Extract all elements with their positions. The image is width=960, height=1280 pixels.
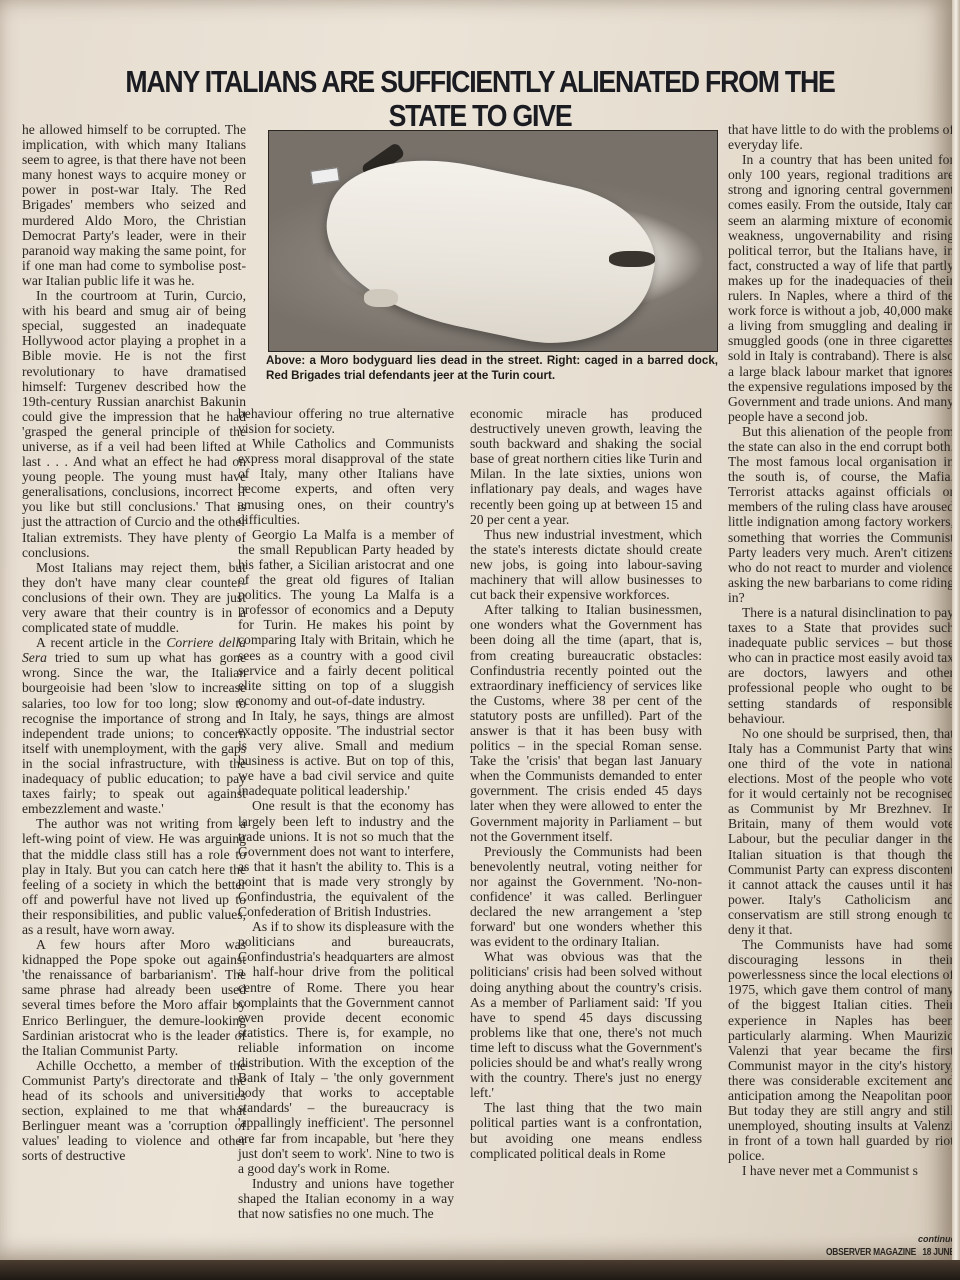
page-edge [0, 1260, 960, 1280]
photo-detail [364, 289, 398, 307]
paragraph: behaviour offering no true alternative v… [238, 406, 454, 436]
page-footer: OBSERVER MAGAZINE 18 JUNE 19 [826, 1246, 960, 1258]
photo-detail [609, 251, 655, 267]
paragraph: But this alienation of the people from t… [728, 424, 954, 605]
article-column-4: that have little to do with the problems… [728, 122, 954, 1179]
paragraph: No one should be surprised, then, that I… [728, 726, 954, 937]
paragraph: he allowed himself to be corrupted. The … [22, 122, 246, 288]
paragraph: In Italy, he says, things are almost exa… [238, 708, 454, 799]
paragraph: A few hours after Moro was kidnapped the… [22, 937, 246, 1058]
magazine-spine [952, 0, 960, 1280]
magazine-page: Many Italians are sufficiently alienated… [0, 0, 952, 1262]
paragraph: that have little to do with the problems… [728, 122, 954, 152]
photo-bodyguard [268, 130, 718, 352]
text: tried to sum up what has gone wrong. Sin… [22, 650, 246, 816]
publication-name: OBSERVER MAGAZINE [826, 1246, 916, 1258]
paragraph: Georgio La Malfa is a member of the smal… [238, 527, 454, 708]
paragraph: The author was not writing from a left-w… [22, 816, 246, 937]
paragraph: Industry and unions have together shaped… [238, 1176, 454, 1221]
paragraph: Achille Occhetto, a member of the Commun… [22, 1058, 246, 1164]
paragraph: The Communists have had some discouragin… [728, 937, 954, 1163]
article-column-3: economic miracle has produced destructiv… [470, 406, 702, 1161]
paragraph: There is a natural disinclination to pay… [728, 605, 954, 726]
article-column-1: he allowed himself to be corrupted. The … [22, 122, 246, 1163]
photo-caption: Above: a Moro bodyguard lies dead in the… [266, 353, 718, 383]
text: A recent article in the [36, 635, 161, 650]
article-column-2: behaviour offering no true alternative v… [238, 406, 454, 1221]
photo-sheet [311, 138, 667, 352]
paragraph: I have never met a Communist s [728, 1163, 954, 1178]
paragraph: As if to show its displeasure with the p… [238, 919, 454, 1176]
paragraph: In a country that has been united for on… [728, 152, 954, 424]
paragraph: economic miracle has produced destructiv… [470, 406, 702, 527]
paragraph: Most Italians may reject them, but they … [22, 560, 246, 635]
evidence-marker [310, 167, 340, 185]
paragraph: Thus new industrial investment, which th… [470, 527, 702, 602]
paragraph: In the courtroom at Turin, Curcio, with … [22, 288, 246, 560]
paragraph: What was obvious was that the politician… [470, 949, 702, 1100]
paragraph: The last thing that the two main politic… [470, 1100, 702, 1160]
paragraph: One result is that the economy has large… [238, 798, 454, 919]
paragraph: While Catholics and Communists express m… [238, 436, 454, 527]
paragraph: A recent article in the Corriere della S… [22, 635, 246, 816]
paragraph: After talking to Italian businessmen, on… [470, 602, 702, 844]
paragraph: Previously the Communists had been benev… [470, 844, 702, 950]
